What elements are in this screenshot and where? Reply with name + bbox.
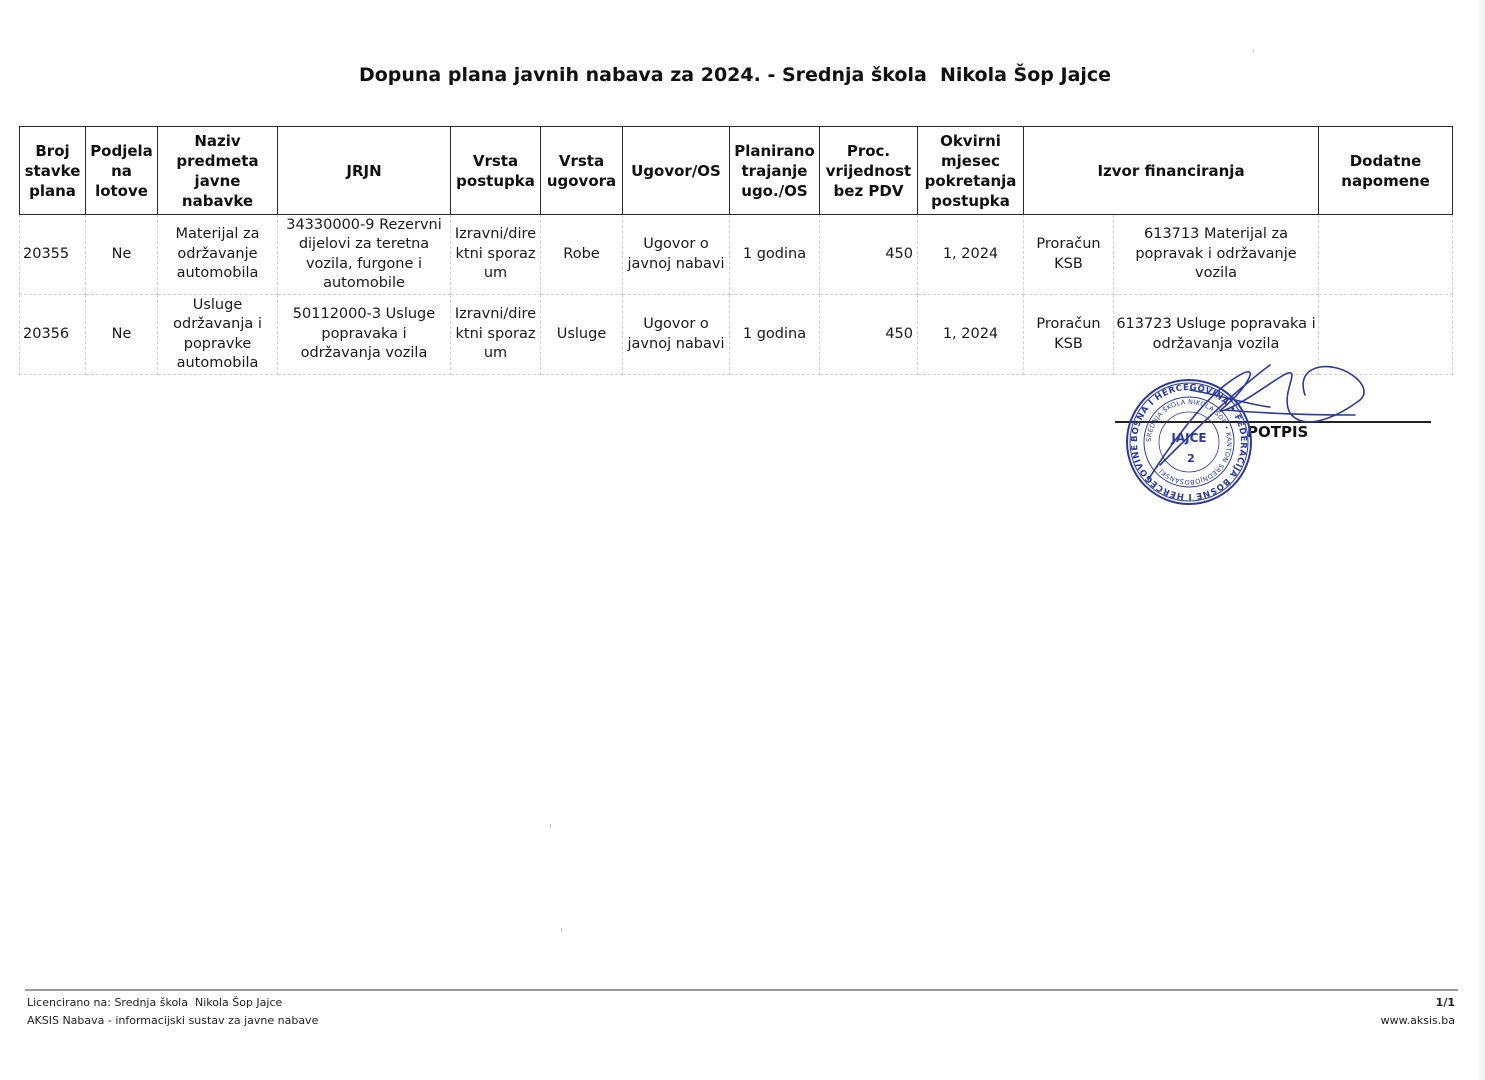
cell-ugovor-os: Ugovor o javnoj nabavi: [623, 215, 730, 295]
header-planirano-trajanje: Planirano trajanje ugo./OS: [730, 127, 820, 215]
handwritten-signature-icon: [1130, 355, 1370, 485]
header-naziv-predmeta: Naziv predmeta javne nabavke: [158, 127, 278, 215]
header-proc-vrijednost: Proc. vrijednost bez PDV: [820, 127, 918, 215]
header-jrjn: JRJN: [278, 127, 451, 215]
cell-izvor: Proračun KSB: [1024, 295, 1114, 375]
cell-vrijednost: 450: [820, 215, 918, 295]
cell-trajanje: 1 godina: [730, 295, 820, 375]
cell-vrsta-ugovora: Robe: [541, 215, 623, 295]
cell-mjesec: 1, 2024: [918, 215, 1024, 295]
table-header-row: Broj stavke plana Podjela na lotove Nazi…: [20, 127, 1453, 215]
cell-broj: 20356: [20, 295, 86, 375]
table-row: 20355 Ne Materijal za održavanje automob…: [20, 215, 1453, 295]
cell-lotovi: Ne: [86, 215, 158, 295]
cell-izvor: Proračun KSB: [1024, 215, 1114, 295]
cell-napomene: [1319, 215, 1453, 295]
procurement-plan-table: Broj stavke plana Podjela na lotove Nazi…: [19, 126, 1453, 375]
scan-edge: [1479, 0, 1485, 1080]
header-vrsta-postupka: Vrsta postupka: [451, 127, 541, 215]
footer-left: Licencirano na: Srednja škola Nikola Šop…: [27, 994, 318, 1030]
footer-right: 1/1 www.aksis.ba: [1381, 994, 1455, 1030]
header-vrsta-ugovora: Vrsta ugovora: [541, 127, 623, 215]
license-text: Licencirano na: Srednja škola Nikola Šop…: [27, 994, 318, 1012]
page-number: 1/1: [1381, 994, 1455, 1012]
cell-vrijednost: 450: [820, 295, 918, 375]
cell-broj: 20355: [20, 215, 86, 295]
cell-vrsta-ugovora: Usluge: [541, 295, 623, 375]
website-link[interactable]: www.aksis.ba: [1381, 1012, 1455, 1030]
cell-naziv: Usluge održavanja i popravke automobila: [158, 295, 278, 375]
scan-speck: [1253, 50, 1254, 52]
system-name: AKSIS Nabava - informacijski sustav za j…: [27, 1012, 318, 1030]
header-okvirni-mjesec: Okvirni mjesec pokretanja postupka: [918, 127, 1024, 215]
cell-konto: 613713 Materijal za popravak i održavanj…: [1114, 215, 1319, 295]
cell-jrjn: 50112000-3 Usluge popravaka i održavanja…: [278, 295, 451, 375]
cell-ugovor-os: Ugovor o javnoj nabavi: [623, 295, 730, 375]
header-izvor-financiranja: Izvor financiranja: [1024, 127, 1319, 215]
cell-lotovi: Ne: [86, 295, 158, 375]
cell-vrsta-postupka: Izravni/direktni sporazum: [451, 295, 541, 375]
cell-trajanje: 1 godina: [730, 215, 820, 295]
footer-divider: [25, 989, 1458, 991]
cell-naziv: Materijal za održavanje automobila: [158, 215, 278, 295]
header-broj-stavke: Broj stavke plana: [20, 127, 86, 215]
cell-jrjn: 34330000-9 Rezervni dijelovi za teretna …: [278, 215, 451, 295]
header-dodatne-napomene: Dodatne napomene: [1319, 127, 1453, 215]
page-title: Dopuna plana javnih nabava za 2024. - Sr…: [0, 64, 1470, 86]
header-ugovor-os: Ugovor/OS: [623, 127, 730, 215]
cell-vrsta-postupka: Izravni/direktni sporazum: [451, 215, 541, 295]
cell-mjesec: 1, 2024: [918, 295, 1024, 375]
header-podjela-na-lotove: Podjela na lotove: [86, 127, 158, 215]
scan-speck: [550, 824, 551, 828]
scan-speck: [561, 928, 562, 932]
